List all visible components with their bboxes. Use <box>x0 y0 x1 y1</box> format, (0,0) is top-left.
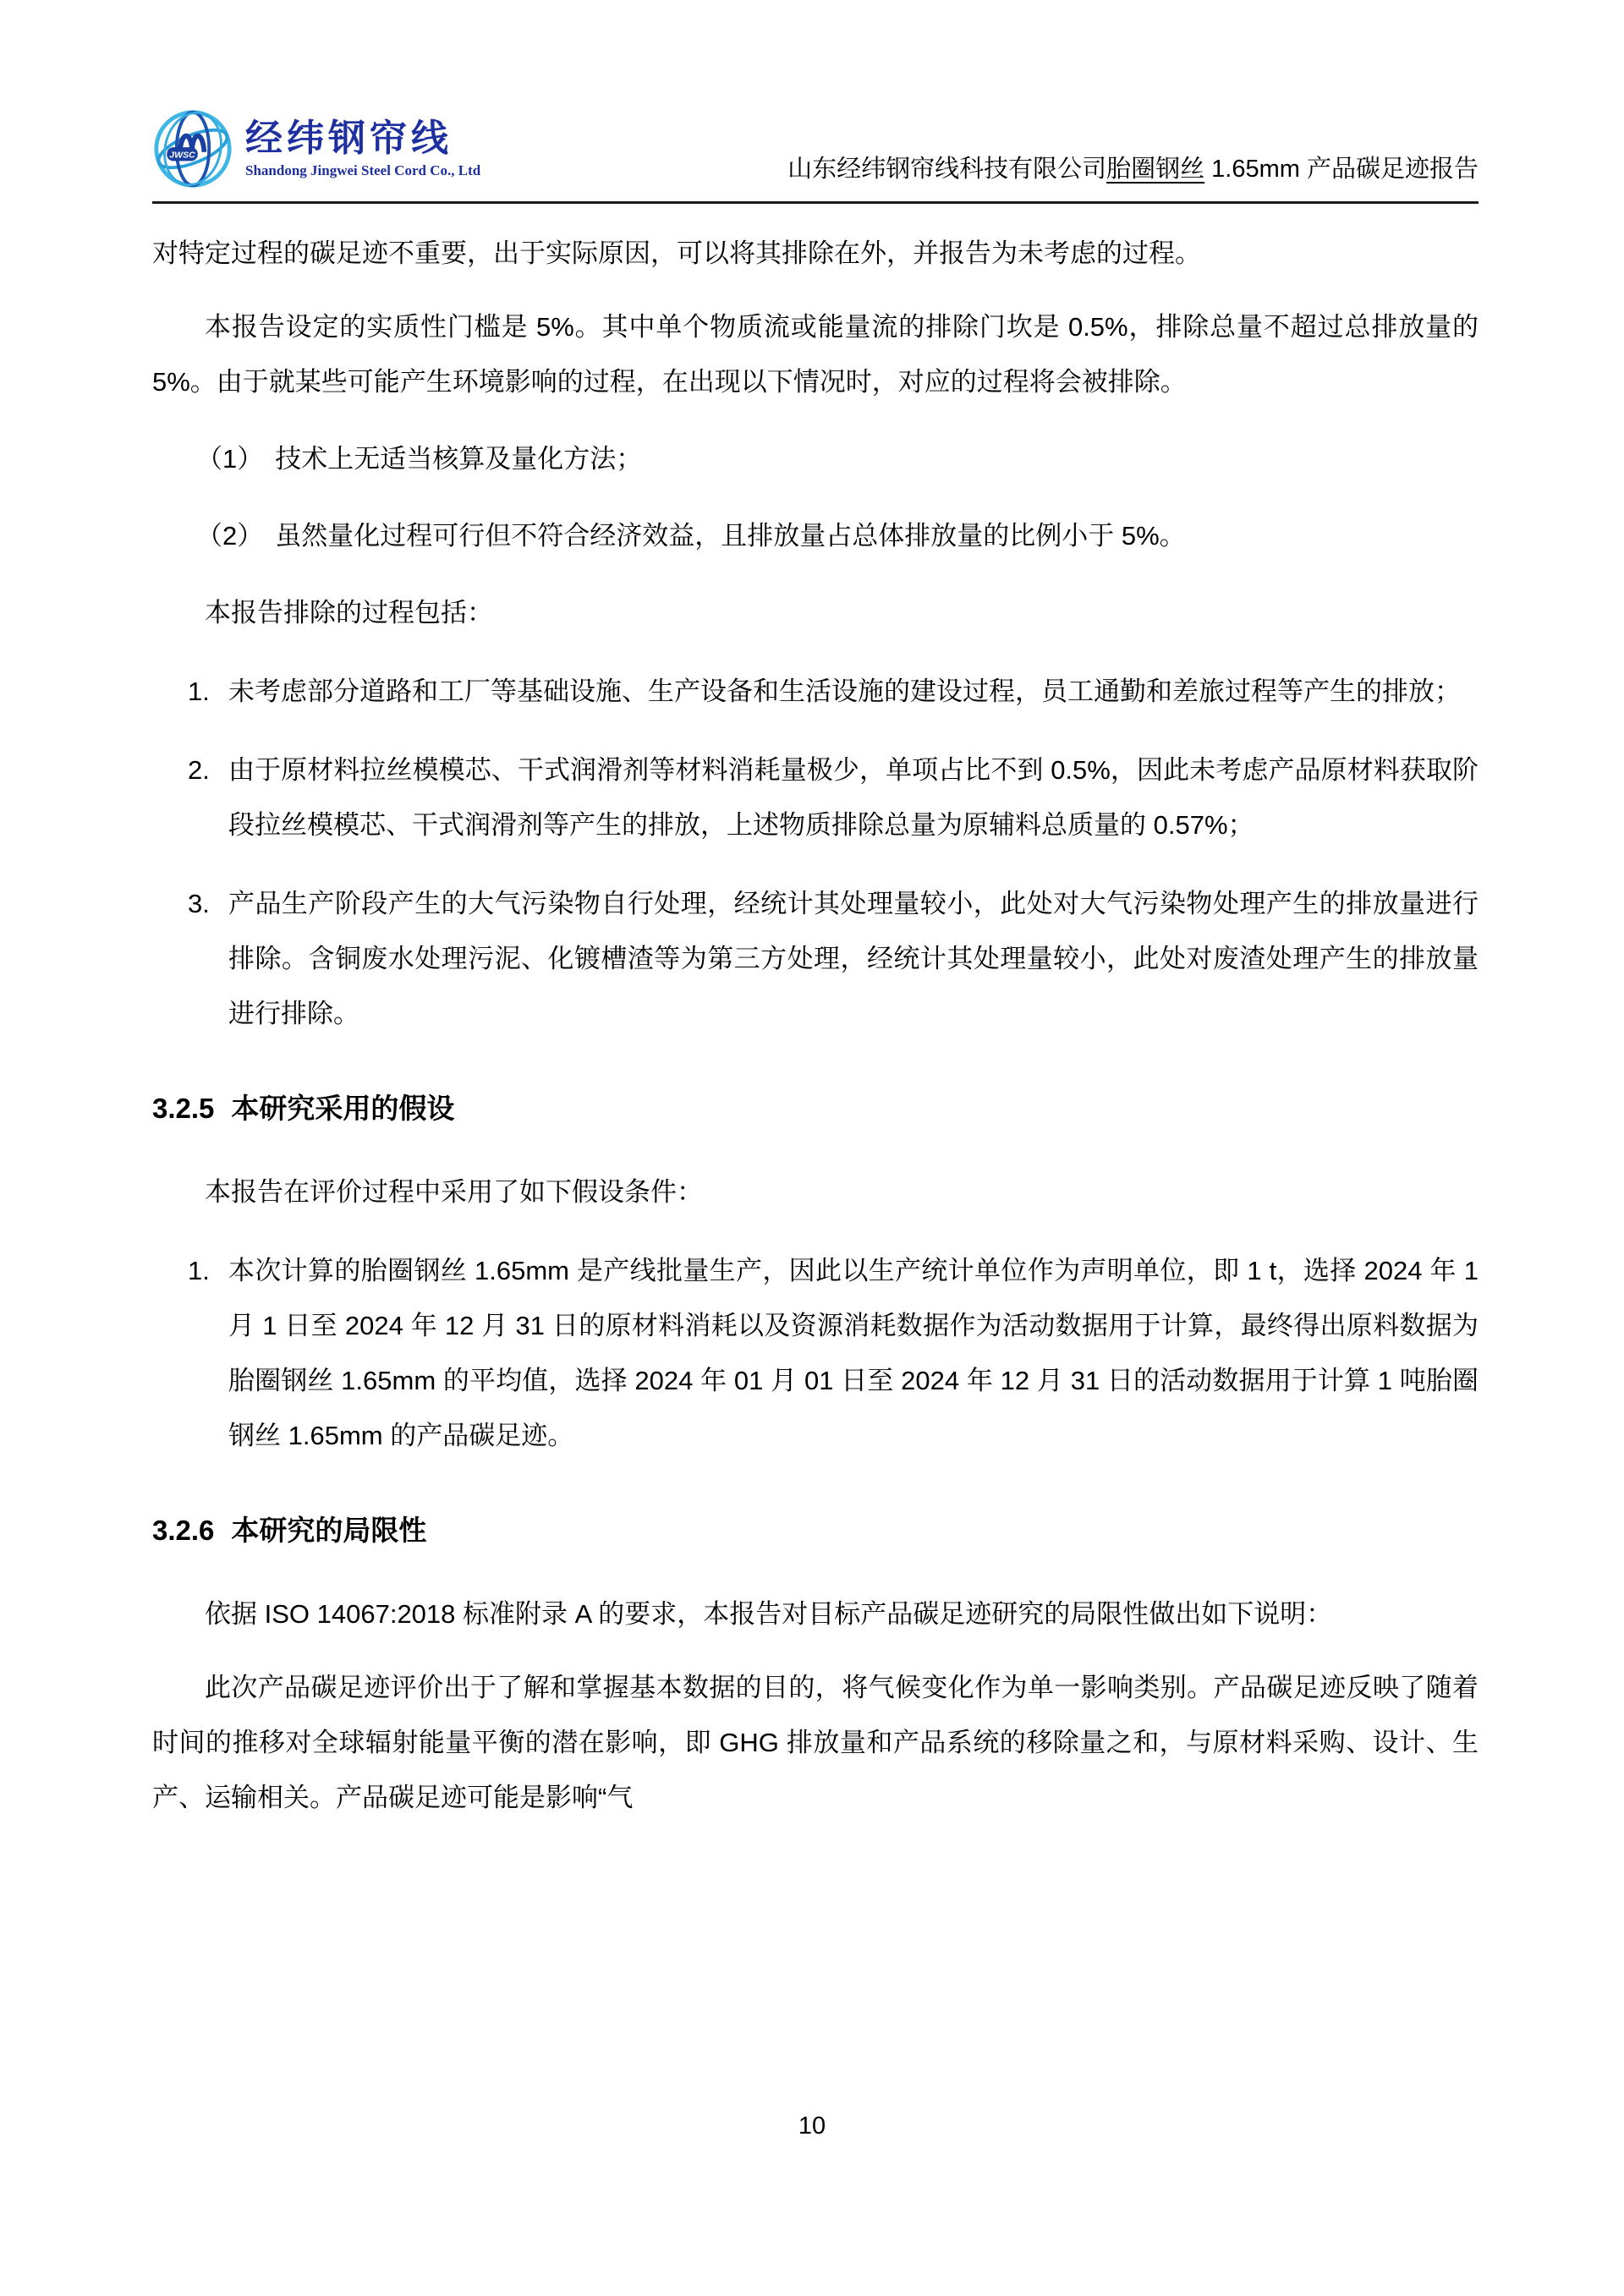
logo-text: 经纬钢帘线 Shandong Jingwei Steel Cord Co., L… <box>245 118 480 179</box>
section-number: 3.2.6 <box>152 1515 214 1546</box>
condition-item: （1）技术上无适当核算及量化方法； <box>152 431 1479 486</box>
list-item-number: 3. <box>188 876 228 1041</box>
brand-subtitle: Shandong Jingwei Steel Cord Co., Ltd <box>245 162 480 179</box>
list-item-text: 产品生产阶段产生的大气污染物自行处理，经统计其处理量较小，此处对大气污染物处理产… <box>228 876 1479 1041</box>
section-heading-326: 3.2.6本研究的局限性 <box>152 1510 1479 1551</box>
paragraph-limitations-intro: 依据 ISO 14067:2018 标准附录 A 的要求，本报告对目标产品碳足迹… <box>152 1586 1479 1641</box>
report-title-suffix: 1.65mm 产品碳足迹报告 <box>1204 156 1479 183</box>
assumptions-list: 1. 本次计算的胎圈钢丝 1.65mm 是产线批量生产，因此以生产统计单位作为声… <box>152 1243 1479 1463</box>
paragraph-limitations: 此次产品碳足迹评价出于了解和掌握基本数据的目的，将气候变化作为单一影响类别。产品… <box>152 1660 1479 1825</box>
page-number: 10 <box>0 2112 1624 2140</box>
logo-monogram: JWSC <box>169 151 195 161</box>
document-body: 对特定过程的碳足迹不重要，出于实际原因，可以将其排除在外，并报告为未考虑的过程。… <box>152 204 1479 1825</box>
section-heading-325: 3.2.5本研究采用的假设 <box>152 1088 1479 1129</box>
condition-label: （1） <box>196 444 263 474</box>
excluded-list: 1. 未考虑部分道路和工厂等基础设施、生产设备和生活设施的建设过程，员工通勤和差… <box>152 664 1479 1041</box>
condition-text: 虽然量化过程可行但不符合经济效益，且排放量占总体排放量的比例小于 5%。 <box>275 521 1185 551</box>
list-item-text: 由于原材料拉丝模模芯、干式润滑剂等材料消耗量极少，单项占比不到 0.5%，因此未… <box>228 743 1479 852</box>
list-item: 3. 产品生产阶段产生的大气污染物自行处理，经统计其处理量较小，此处对大气污染物… <box>152 876 1479 1041</box>
report-title: 山东经纬钢帘线科技有限公司胎圈钢丝 1.65mm 产品碳足迹报告 <box>787 155 1479 189</box>
list-item: 2. 由于原材料拉丝模模芯、干式润滑剂等材料消耗量极少，单项占比不到 0.5%，… <box>152 743 1479 852</box>
report-title-prefix: 山东经纬钢帘线科技有限公司 <box>787 156 1106 183</box>
condition-label: （2） <box>196 521 263 551</box>
list-item-number: 2. <box>188 743 228 852</box>
paragraph-assumptions-intro: 本报告在评价过程中采用了如下假设条件： <box>152 1164 1479 1219</box>
list-item-number: 1. <box>188 664 228 719</box>
paragraph-intro-continuation: 对特定过程的碳足迹不重要，出于实际原因，可以将其排除在外，并报告为未考虑的过程。 <box>152 226 1479 281</box>
report-title-underlined: 胎圈钢丝 <box>1106 156 1204 183</box>
document-page: JWSC 经纬钢帘线 Shandong Jingwei Steel Cord C… <box>0 0 1624 2296</box>
section-title: 本研究的局限性 <box>231 1515 426 1546</box>
company-logo: JWSC 经纬钢帘线 Shandong Jingwei Steel Cord C… <box>152 108 480 189</box>
list-item: 1. 未考虑部分道路和工厂等基础设施、生产设备和生活设施的建设过程，员工通勤和差… <box>152 664 1479 719</box>
globe-icon: JWSC <box>152 108 233 189</box>
list-item-text: 未考虑部分道路和工厂等基础设施、生产设备和生活设施的建设过程，员工通勤和差旅过程… <box>228 664 1479 719</box>
condition-item: （2）虽然量化过程可行但不符合经济效益，且排放量占总体排放量的比例小于 5%。 <box>152 508 1479 563</box>
list-item-text: 本次计算的胎圈钢丝 1.65mm 是产线批量生产，因此以生产统计单位作为声明单位… <box>228 1243 1479 1463</box>
page-header: JWSC 经纬钢帘线 Shandong Jingwei Steel Cord C… <box>152 0 1479 204</box>
section-number: 3.2.5 <box>152 1093 214 1124</box>
list-item: 1. 本次计算的胎圈钢丝 1.65mm 是产线批量生产，因此以生产统计单位作为声… <box>152 1243 1479 1463</box>
paragraph-threshold: 本报告设定的实质性门槛是 5%。其中单个物质流或能量流的排除门坎是 0.5%，排… <box>152 299 1479 409</box>
paragraph-excluded-intro: 本报告排除的过程包括： <box>152 585 1479 640</box>
section-title: 本研究采用的假设 <box>231 1093 454 1124</box>
brand-name: 经纬钢帘线 <box>245 118 480 159</box>
list-item-number: 1. <box>188 1243 228 1463</box>
condition-text: 技术上无适当核算及量化方法； <box>275 444 642 474</box>
